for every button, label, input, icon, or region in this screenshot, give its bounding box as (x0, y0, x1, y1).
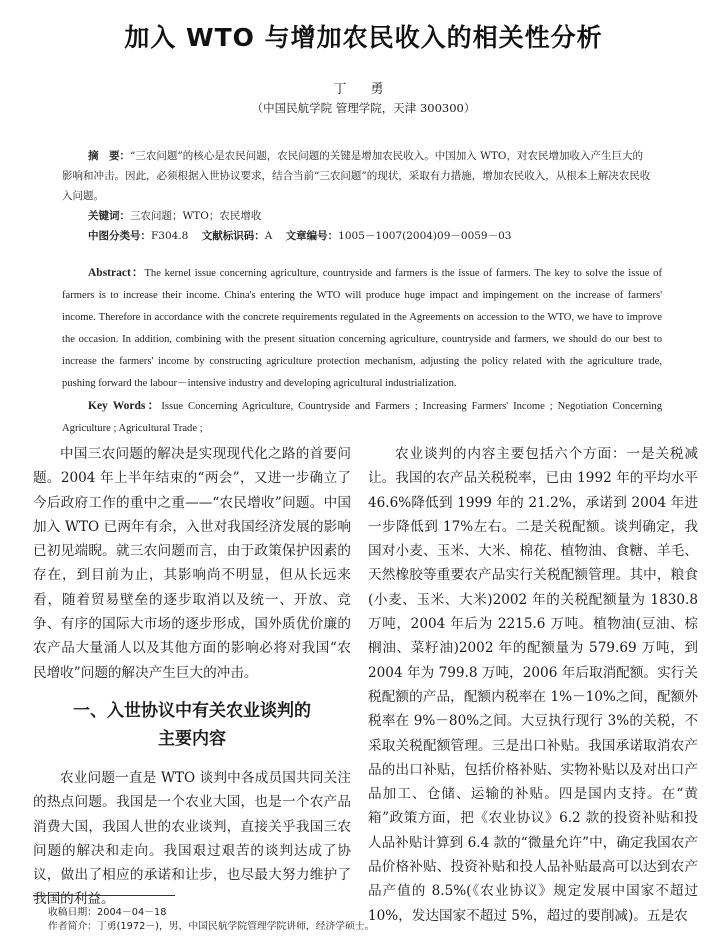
section-heading-line-1: 一、入世协议中有关农业谈判的 (33, 697, 351, 725)
keywords-cn: 关键词：三农问题；WTO；农民增收 (62, 206, 652, 226)
abstract-text-en: The kernel issue concerning agriculture,… (62, 268, 662, 389)
chinese-abstract: 摘 要：“三农问题”的核心是农民问题，农民问题的关键是增加农民收入。中国加入 W… (62, 146, 652, 206)
intro-paragraph: 中国三农问题的解决是实现现代化之路的首要问题。2004 年上半年结束的“两会”，… (33, 442, 351, 685)
body-column-right: 农业谈判的内容主要包括六个方面：一是关税减让。我国的农产品关税税率，已由 199… (368, 442, 698, 928)
keywords-label-en: Key Words： (88, 400, 161, 412)
received-date: 收稿日期：2004－04－18 (48, 906, 648, 920)
english-abstract-block: Abstract：The kernel issue concerning agr… (62, 262, 662, 440)
keywords-label-cn: 关键词： (88, 210, 130, 222)
abstract-label-en: Abstract： (88, 267, 144, 279)
section-1-paragraph: 农业问题一直是 WTO 谈判中各成员国共同关注的热点问题。我国是一个农业大国，也… (33, 766, 351, 912)
keywords-en: Key Words：Issue Concerning Agriculture, … (62, 395, 662, 440)
doc-code-label: 文献标识码： (202, 230, 265, 242)
paper-title: 加入 WTO 与增加农民收入的相关性分析 (0, 18, 727, 54)
keywords-text-cn: 三农问题；WTO；农民增收 (130, 210, 261, 222)
clc-value: F304.8 (151, 230, 188, 242)
section-heading-line-2: 主要内容 (33, 725, 351, 753)
section-heading-1: 一、入世协议中有关农业谈判的 主要内容 (33, 697, 351, 753)
doc-code-value: A (265, 230, 273, 242)
footnote-divider (33, 895, 175, 896)
clc-label: 中图分类号： (88, 230, 151, 242)
author-name: 丁 勇 (0, 78, 727, 97)
footnotes: 收稿日期：2004－04－18 作者简介：丁勇(1972－)，男，中国民航学院管… (48, 906, 648, 934)
article-no-label: 文章编号： (286, 230, 339, 242)
classification-line: 中图分类号：F304.8 文献标识码：A 文章编号：1005－1007(2004… (62, 226, 652, 246)
body-column-left: 中国三农问题的解决是实现现代化之路的首要问题。2004 年上半年结束的“两会”，… (33, 442, 351, 912)
english-abstract: Abstract：The kernel issue concerning agr… (62, 262, 662, 395)
negotiation-content-paragraph: 农业谈判的内容主要包括六个方面：一是关税减让。我国的农产品关税税率，已由 199… (368, 442, 698, 928)
abstract-text-cn: “三农问题”的核心是农民问题，农民问题的关键是增加农民收入。中国加入 WTO，对… (62, 150, 650, 202)
article-no-value: 1005－1007(2004)09－0059－03 (338, 230, 511, 242)
author-bio: 作者简介：丁勇(1972－)，男，中国民航学院管理学院讲师，经济学硕士。 (48, 920, 648, 934)
abstract-label-cn: 摘 要： (88, 150, 130, 162)
chinese-abstract-block: 摘 要：“三农问题”的核心是农民问题，农民问题的关键是增加农民收入。中国加入 W… (62, 146, 652, 246)
author-affiliation: （中国民航学院 管理学院，天津 300300） (0, 100, 727, 116)
